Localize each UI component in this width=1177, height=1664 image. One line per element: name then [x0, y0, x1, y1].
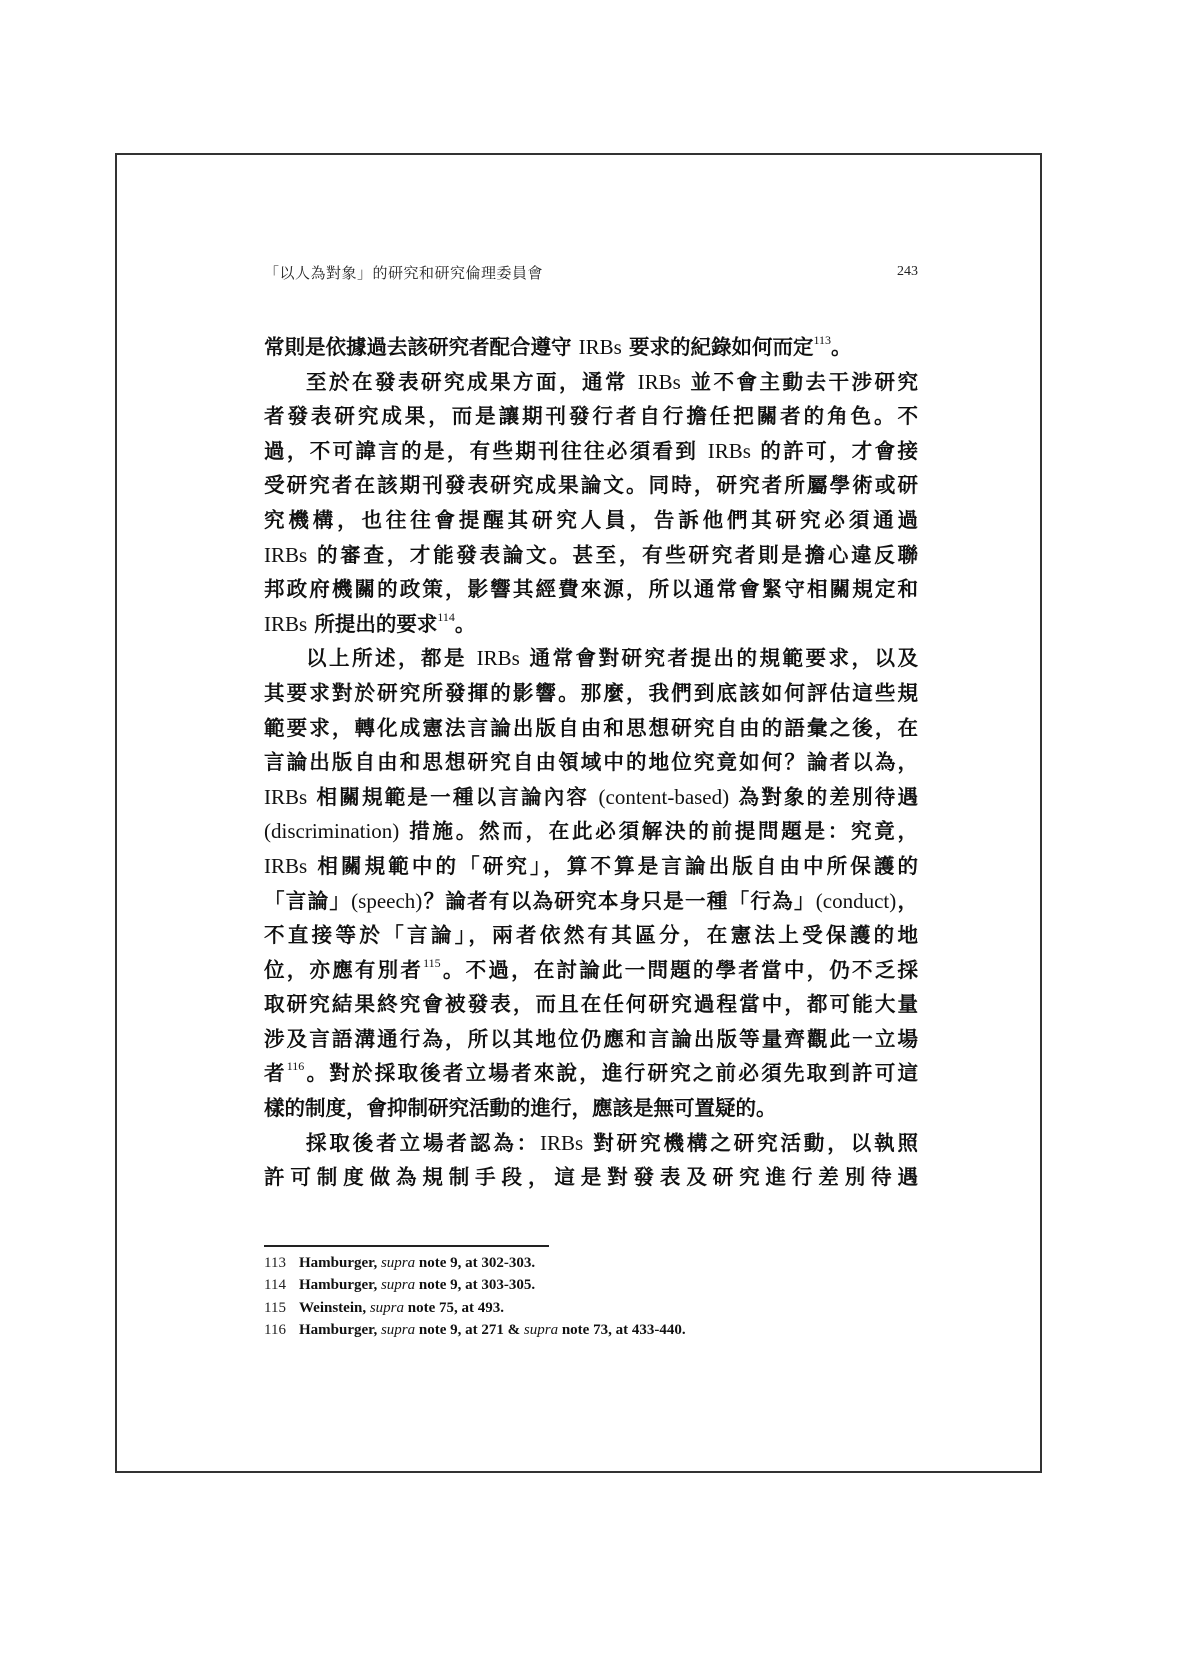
text-run: 對研究機構之研究活動，以執照 — [583, 1131, 918, 1155]
text-run: 通常會對研究者提出的規範要求，以及 — [520, 646, 918, 670]
text-run: 相關規範中的「研究」，算不算是言論出版自由中所保護的 — [307, 854, 918, 878]
text-line: 涉及言語溝通行為，所以其地位仍應和言論出版等量齊觀此一立場 — [264, 1022, 918, 1057]
text-line: 究機構，也往往會提醒其研究人員，告訴他們其研究必須通過 — [264, 503, 918, 538]
text-run: 其要求對於研究所發揮的影響。那麼，我們到底該如何評估這些規 — [264, 681, 918, 705]
text-run: IRBs — [477, 646, 520, 670]
text-run: 邦政府機關的政策，影響其經費來源，所以通常會緊守相關規定和 — [264, 577, 918, 601]
text-run: 的審查，才能發表論文。甚至，有些研究者則是擔心違反聯 — [307, 543, 918, 567]
text-run: 至於在發表研究成果方面，通常 — [306, 370, 638, 394]
footnotes: 113Hamburger, supra note 9, at 302-303.1… — [264, 1252, 686, 1341]
text-run: 「言論」 — [264, 889, 351, 913]
text-run: 採取後者立場者認為： — [306, 1131, 540, 1155]
footnote-ref[interactable]: 116 — [287, 1059, 305, 1073]
text-line: IRBs 的審查，才能發表論文。甚至，有些研究者則是擔心違反聯 — [264, 538, 918, 573]
text-line: 受研究者在該期刊發表研究成果論文。同時，研究者所屬學術或研 — [264, 468, 918, 503]
footnote-citation: note 9, at 303-305. — [415, 1277, 535, 1293]
text-line: 樣的制度，會抑制研究活動的進行，應該是無可置疑的。 — [264, 1091, 918, 1126]
footnote-citation: note 75, at 493. — [404, 1300, 504, 1316]
text-run: IRBs — [638, 370, 681, 394]
text-line: 言論出版自由和思想研究自由領域中的地位究竟如何？論者以為， — [264, 745, 918, 780]
text-line: 許可制度做為規制手段，這是對發表及研究進行差別待遇 — [264, 1160, 918, 1195]
text-run: 者發表研究成果，而是讓期刊發行者自行擔任把關者的角色。不 — [264, 404, 918, 428]
text-line: 常則是依據過去該研究者配合遵守 IRBs 要求的紀錄如何而定113。 — [264, 330, 918, 365]
running-head: 「以人為對象」的研究和研究倫理委員會 — [264, 262, 543, 283]
text-line: 範要求，轉化成憲法言論出版自由和思想研究自由的語彙之後，在 — [264, 711, 918, 746]
text-line: IRBs 相關規範是一種以言論內容 (content-based) 為對象的差別… — [264, 780, 918, 815]
text-run: 措施。然而，在此必須解決的前提問題是：究竟， — [399, 819, 918, 843]
footnote: 113Hamburger, supra note 9, at 302-303. — [264, 1252, 686, 1274]
footnote-supra: supra — [381, 1322, 415, 1338]
text-line: 邦政府機關的政策，影響其經費來源，所以通常會緊守相關規定和 — [264, 572, 918, 607]
text-line: IRBs 所提出的要求114。 — [264, 607, 918, 642]
footnote-number: 115 — [264, 1297, 299, 1319]
text-run: 許可制度做為規制手段，這是對發表及研究進行差別待遇 — [264, 1165, 918, 1189]
text-run: 。 — [831, 335, 852, 359]
text-run: ， — [896, 889, 918, 913]
text-run: (discrimination) — [264, 819, 399, 843]
footnote-ref[interactable]: 115 — [423, 956, 441, 970]
text-line: 以上所述，都是 IRBs 通常會對研究者提出的規範要求，以及 — [264, 641, 918, 676]
text-line: 至於在發表研究成果方面，通常 IRBs 並不會主動去干涉研究 — [264, 365, 918, 400]
text-run: IRBs — [579, 335, 622, 359]
text-run: 者 — [264, 1061, 287, 1085]
text-line: 取研究結果終究會被發表，而且在任何研究過程當中，都可能大量 — [264, 987, 918, 1022]
footnote-number: 116 — [264, 1319, 299, 1341]
text-line: 採取後者立場者認為：IRBs 對研究機構之研究活動，以執照 — [264, 1126, 918, 1161]
text-run: (speech) — [351, 889, 422, 913]
text-line: 不直接等於「言論」，兩者依然有其區分，在憲法上受保護的地 — [264, 918, 918, 953]
page-number: 243 — [897, 264, 918, 280]
text-run: 以上所述，都是 — [306, 646, 477, 670]
text-run: 範要求，轉化成憲法言論出版自由和思想研究自由的語彙之後，在 — [264, 716, 918, 740]
text-run: 究機構，也往往會提醒其研究人員，告訴他們其研究必須通過 — [264, 508, 918, 532]
text-run: 常則是依據過去該研究者配合遵守 — [264, 335, 579, 359]
text-run: IRBs — [264, 612, 307, 636]
text-line: 者116。對於採取後者立場者來說，進行研究之前必須先取到許可這 — [264, 1056, 918, 1091]
text-run: 取研究結果終究會被發表，而且在任何研究過程當中，都可能大量 — [264, 992, 918, 1016]
text-run: IRBs — [264, 543, 307, 567]
footnote-author: Hamburger, — [299, 1255, 377, 1271]
text-run: 涉及言語溝通行為，所以其地位仍應和言論出版等量齊觀此一立場 — [264, 1027, 918, 1051]
text-run: IRBs — [540, 1131, 583, 1155]
text-run: 的許可，才會接 — [751, 439, 918, 463]
text-line: 其要求對於研究所發揮的影響。那麼，我們到底該如何評估這些規 — [264, 676, 918, 711]
footnote: 115Weinstein, supra note 75, at 493. — [264, 1297, 686, 1319]
footnote-divider — [264, 1245, 549, 1247]
footnote-author: Weinstein, — [299, 1300, 366, 1316]
text-run: 所提出的要求 — [307, 612, 437, 636]
footnote-author: Hamburger, — [299, 1322, 377, 1338]
text-line: 「言論」(speech)？論者有以為研究本身只是一種「行為」(conduct)， — [264, 884, 918, 919]
footnote-citation: note 9, at 271 & — [415, 1322, 524, 1338]
text-line: 者發表研究成果，而是讓期刊發行者自行擔任把關者的角色。不 — [264, 399, 918, 434]
footnote-citation: note 9, at 302-303. — [415, 1255, 535, 1271]
footnote-supra: supra — [381, 1277, 415, 1293]
text-run: 言論出版自由和思想研究自由領域中的地位究竟如何？論者以為， — [264, 750, 918, 774]
text-run: 為對象的差別待遇 — [729, 785, 918, 809]
footnote-author: Hamburger, — [299, 1277, 377, 1293]
text-run: ？論者有以為研究本身只是一種「行為」 — [422, 889, 815, 913]
text-line: 過，不可諱言的是，有些期刊往往必須看到 IRBs 的許可，才會接 — [264, 434, 918, 469]
footnote-number: 113 — [264, 1252, 299, 1274]
footnote-ref[interactable]: 113 — [813, 333, 831, 347]
text-run: (content-based) — [599, 785, 730, 809]
text-run: 要求的紀錄如何而定 — [622, 335, 814, 359]
text-run: IRBs — [708, 439, 751, 463]
text-run: 不直接等於「言論」，兩者依然有其區分，在憲法上受保護的地 — [264, 923, 918, 947]
text-line: (discrimination) 措施。然而，在此必須解決的前提問題是：究竟， — [264, 814, 918, 849]
footnote-supra: supra — [370, 1300, 404, 1316]
footnote: 116Hamburger, supra note 9, at 271 & sup… — [264, 1319, 686, 1341]
text-run: 受研究者在該期刊發表研究成果論文。同時，研究者所屬學術或研 — [264, 473, 918, 497]
body-text: 常則是依據過去該研究者配合遵守 IRBs 要求的紀錄如何而定113。至於在發表研… — [264, 330, 918, 1195]
text-run: 位，亦應有別者 — [264, 958, 423, 982]
footnote-ref[interactable]: 114 — [437, 610, 455, 624]
text-run: IRBs — [264, 854, 307, 878]
footnote-supra: supra — [381, 1255, 415, 1271]
text-line: IRBs 相關規範中的「研究」，算不算是言論出版自由中所保護的 — [264, 849, 918, 884]
text-run: 。對於採取後者立場者來說，進行研究之前必須先取到許可這 — [304, 1061, 918, 1085]
text-run: 。 — [455, 612, 476, 636]
footnote: 114Hamburger, supra note 9, at 303-305. — [264, 1274, 686, 1296]
text-line: 位，亦應有別者115。不過，在討論此一問題的學者當中，仍不乏採 — [264, 953, 918, 988]
footnote-citation: note 73, at 433-440. — [558, 1322, 686, 1338]
text-run: (conduct) — [816, 889, 896, 913]
footnote-supra: supra — [524, 1322, 558, 1338]
text-run: IRBs — [264, 785, 307, 809]
text-run: 並不會主動去干涉研究 — [681, 370, 918, 394]
text-run: 。不過，在討論此一問題的學者當中，仍不乏採 — [441, 958, 918, 982]
text-run: 相關規範是一種以言論內容 — [307, 785, 598, 809]
footnote-number: 114 — [264, 1274, 299, 1296]
text-run: 過，不可諱言的是，有些期刊往往必須看到 — [264, 439, 708, 463]
text-run: 樣的制度，會抑制研究活動的進行，應該是無可置疑的。 — [264, 1096, 777, 1120]
